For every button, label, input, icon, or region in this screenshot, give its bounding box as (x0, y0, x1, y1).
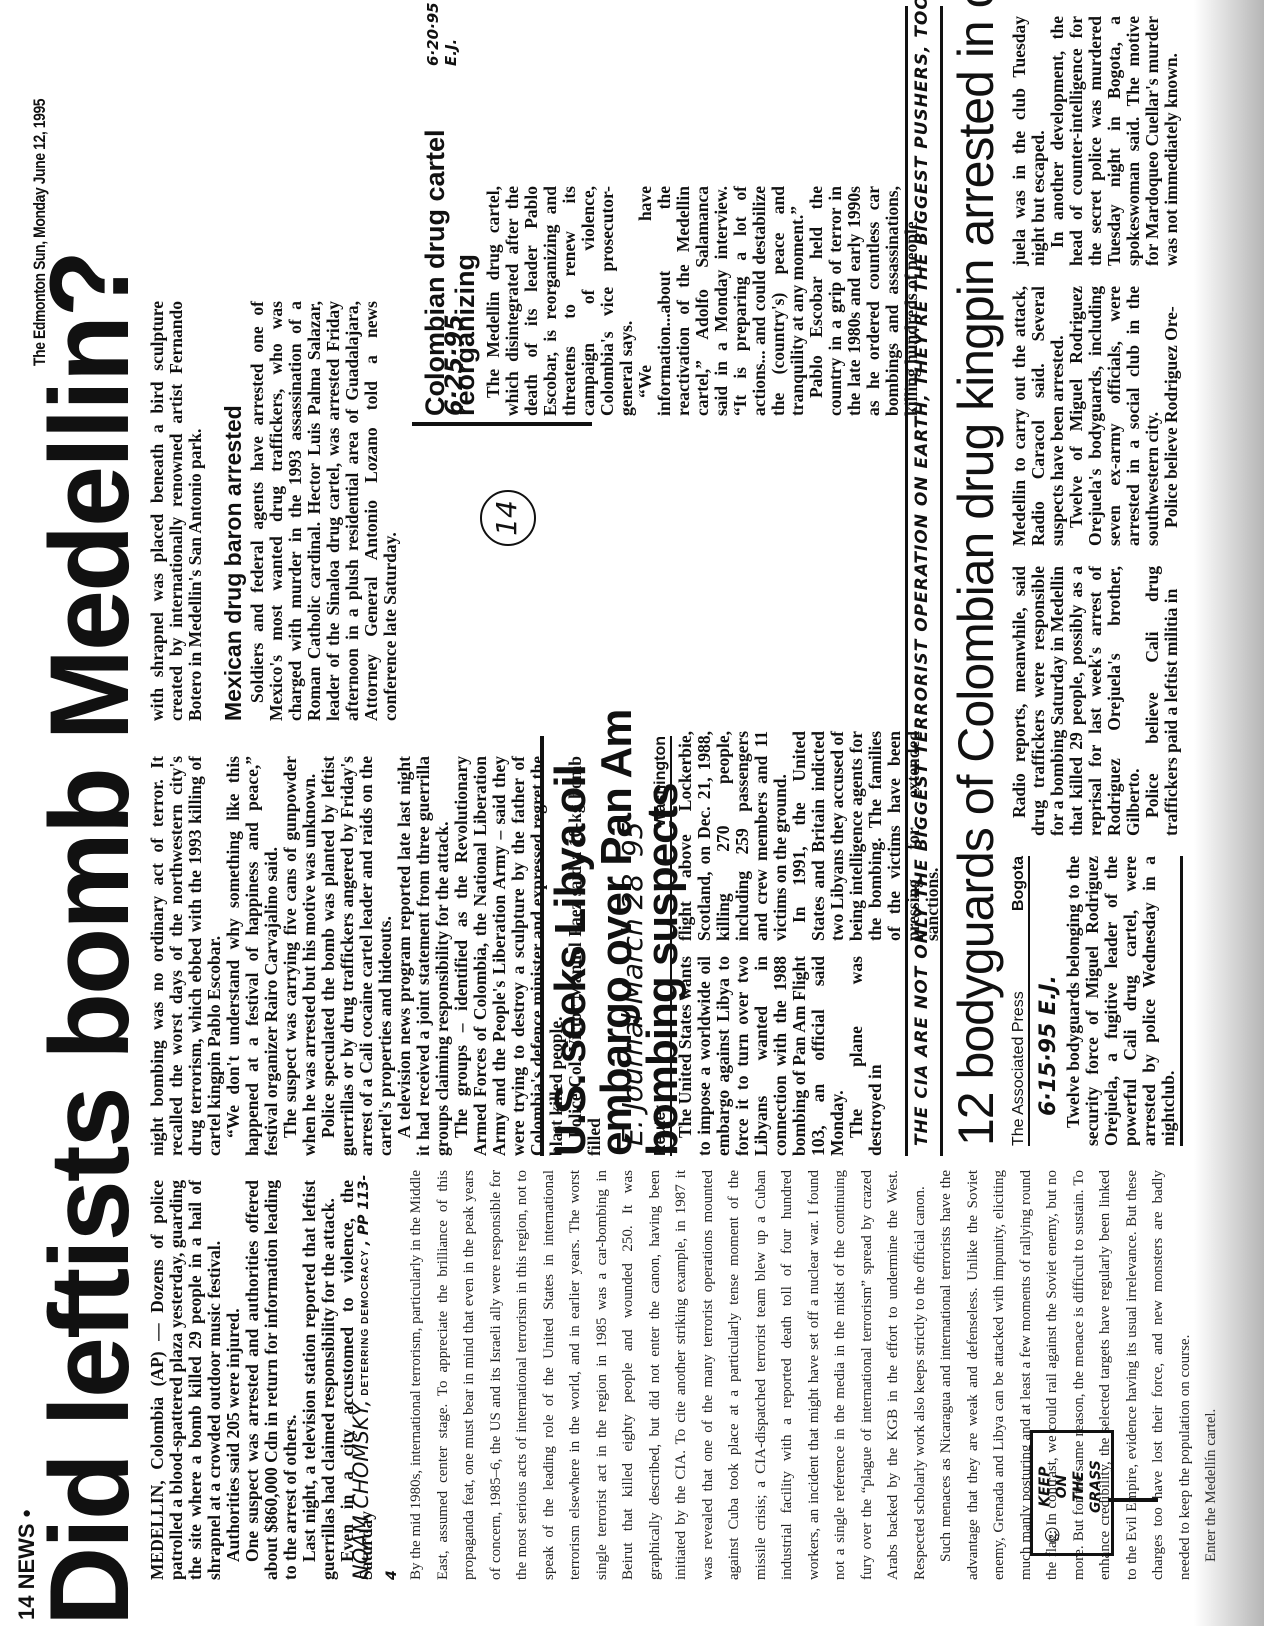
paragraph: A television news program reported late … (395, 756, 452, 1156)
paragraph: flight above Lockerbie, Scotland, on Dec… (676, 731, 790, 941)
mexico-headline: Mexican drug baron arrested (220, 405, 247, 721)
bodyguards-col3: Medellin to carry out the attack, Radio … (1010, 286, 1181, 546)
handwritten-banner: THE CIA ARE NOT ONLY THE BIGGEST TERRORI… (912, 6, 932, 1146)
paragraph: MEDELLIN, Colombia (AP) — Dozens of poli… (148, 1180, 224, 1580)
paragraph: One suspect was arrested and authorities… (243, 1180, 300, 1580)
paragraph: Police believe Cali drug traffickers pai… (1143, 566, 1181, 836)
paragraph: with shrapnel was placed beneath a bird … (148, 301, 205, 721)
mexico-body: Soldiers and federal agents have arreste… (248, 301, 400, 721)
source-label: Reuter (652, 1105, 670, 1156)
paragraph: The suspect was carrying five cans of gu… (281, 756, 319, 1156)
paragraph: Medellin to carry out the attack, Radio … (1010, 286, 1067, 546)
divider (1180, 856, 1183, 1146)
paragraph: Twelve of Miguel Rodriguez Orejuela's bo… (1067, 286, 1162, 546)
libya-col1: The United States wants to impose a worl… (676, 956, 885, 1156)
paragraph: “We don't understand why something like … (224, 756, 281, 1156)
sign-text: KEEP (1037, 1460, 1054, 1513)
dateline-label: Washington (652, 736, 670, 827)
libya-byline: Reuter Washington (652, 736, 672, 1156)
paragraph: Authorities said 205 were injured. (224, 1180, 243, 1580)
source-label: The Associated Press (1010, 991, 1028, 1146)
newspaper-clipping: 14 NEWS • The Edmonton Sun, Monday June … (0, 0, 1264, 1626)
paragraph: Last night, a television station reporte… (300, 1180, 338, 1580)
main-headline: Did leftists bomb Medellin? (40, 252, 140, 1626)
divider (905, 6, 908, 1156)
divider (540, 736, 544, 1156)
excerpt-paragraph: By the mid 1980s, international terroris… (403, 1170, 933, 1580)
bodyguards-headline: 12 bodyguards of Colombian drug kingpin … (950, 6, 1002, 1146)
bodyguards-col2: Radio reports, meanwhile, said drug traf… (1010, 566, 1181, 836)
sign-text: ON (1054, 1460, 1071, 1513)
bodyguards-col1: Twelve bodyguards belonging to the secur… (1064, 856, 1178, 1146)
paragraph: The Medellin drug cartel, which disinteg… (484, 186, 636, 416)
sign-post (1108, 1498, 1158, 1502)
paragraph: night bombing was no ordinary act of ter… (148, 756, 224, 1156)
smiley-icon: ☺ (1039, 1522, 1066, 1547)
paragraph: The plane was destroyed in (847, 956, 885, 1156)
scan-edge-shadow (1194, 0, 1264, 1626)
paragraph: juela was in the club Tuesday night but … (1010, 16, 1048, 266)
paragraph: The United States wants to impose a worl… (676, 956, 847, 1156)
main-story-col1: MEDELLIN, Colombia (AP) — Dozens of poli… (148, 1180, 376, 1580)
divider (412, 422, 592, 426)
sign-text: GRASS (1088, 1460, 1105, 1513)
keep-on-the-grass-doodle: ☺ KEEP ON THE GRASS (1030, 1430, 1114, 1556)
main-story-col3: with shrapnel was placed beneath a bird … (148, 301, 205, 721)
paragraph: Police speculated the bomb was planted b… (319, 756, 395, 1156)
libya-col2: flight above Lockerbie, Scotland, on Dec… (676, 731, 942, 941)
handwritten-note: 6·20·95 E.J. (424, 6, 460, 66)
bodyguards-byline: The Associated Press Bogota (1010, 856, 1030, 1146)
handwritten-note: 6·15·95 E.J. (1036, 975, 1061, 1116)
paragraph: Radio reports, meanwhile, said drug traf… (1010, 566, 1143, 836)
handwritten-attribution: NOAM CHOMSKY, (349, 1400, 373, 1580)
bodyguards-col4: juela was in the club Tuesday night but … (1010, 16, 1181, 266)
circled-page-number: 14 (480, 490, 536, 546)
main-story-col2: night bombing was no ordinary act of ter… (148, 756, 604, 1156)
book-title: DETERRING DEMOCRACY (360, 1249, 371, 1395)
dateline-label: Bogota (1010, 856, 1028, 911)
divider (940, 6, 943, 1156)
paragraph: In another development, the head of coun… (1048, 16, 1181, 266)
cartel-headline: Colombian drug cartel reorganizing (420, 16, 480, 416)
sign-text: THE (1071, 1460, 1088, 1513)
paragraph: Pablo Escobar held the country in a grip… (807, 186, 921, 416)
cartel-body: The Medellin drug cartel, which disinteg… (484, 186, 921, 416)
paragraph: “We have information...about the reactiv… (636, 186, 807, 416)
paragraph: Police believe Rodriguez Ore- (1162, 286, 1181, 546)
handwritten-note: E. Journal March 28 '95 (616, 822, 649, 1146)
paragraph: Twelve bodyguards belonging to the secur… (1064, 856, 1178, 1146)
